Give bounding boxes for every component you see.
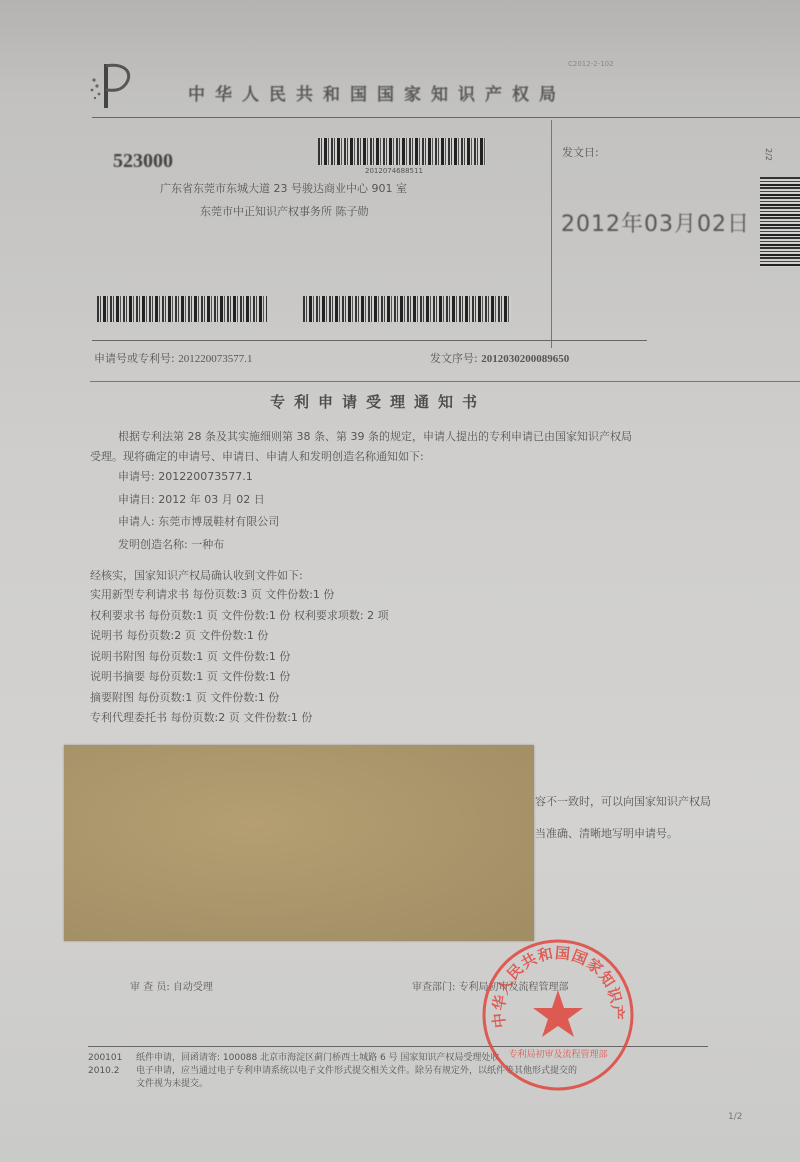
partial-note-2: 当准确、清晰地写明申请号。 — [535, 825, 678, 841]
side-page-label: 2/2 — [764, 148, 773, 161]
document-title: 专利申请受理通知书 — [270, 391, 486, 412]
file-item: 实用新型专利请求书 每份页数:3 页 文件份数:1 份 — [90, 585, 389, 606]
file-item: 权利要求书 每份页数:1 页 文件份数:1 份 权利要求项数: 2 项 — [90, 606, 389, 627]
field-applicant: 申请人: 东莞市博晟鞋材有限公司 — [118, 511, 279, 534]
barcode-left — [97, 296, 267, 322]
address-line-1: 广东省东莞市东城大道 23 号骏达商业中心 901 室 — [160, 180, 407, 196]
app-no-value: 201220073577.1 — [178, 353, 252, 365]
file-item: 说明书 每份页数:2 页 文件份数:1 份 — [90, 626, 389, 647]
intro-line-2: 受理。现将确定的申请号、申请日、申请人和发明创造名称通知如下: — [90, 448, 424, 464]
received-files-list: 实用新型专利请求书 每份页数:3 页 文件份数:1 份 权利要求书 每份页数:1… — [90, 585, 389, 729]
examiner: 审 查 员: 自动受理 — [130, 978, 213, 993]
file-item: 说明书附图 每份页数:1 页 文件份数:1 份 — [90, 647, 389, 668]
app-no-label: 申请号或专利号: — [94, 352, 175, 365]
field-app-date: 申请日: 2012 年 03 月 02 日 — [118, 489, 279, 512]
file-item: 专利代理委托书 每份页数:2 页 文件份数:1 份 — [90, 708, 389, 729]
address-barcode — [318, 138, 486, 165]
seal-bottom-text: 专利局初审及流程管理部 — [508, 1048, 607, 1060]
partial-note-1: 容不一致时，可以向国家知识产权局 — [535, 793, 711, 809]
intro-line-1: 根据专利法第 28 条及其实施细则第 38 条、第 39 条的规定，申请人提出的… — [118, 428, 632, 444]
page-number: 1/2 — [728, 1112, 742, 1122]
header-divider — [92, 117, 800, 118]
serial-value: 2012030200089650 — [481, 353, 569, 365]
barcode-number: 2012074688511 — [365, 167, 423, 175]
department-label: 审查部门: — [412, 982, 455, 993]
file-item: 说明书摘要 每份页数:1 页 文件份数:1 份 — [90, 667, 389, 688]
barcode-right — [303, 296, 511, 322]
application-fields: 申请号: 201220073577.1 申请日: 2012 年 03 月 02 … — [118, 466, 279, 556]
issue-date-value: 2012年03月02日 — [561, 207, 750, 238]
reference-divider — [92, 340, 647, 341]
cnipa-logo-icon — [88, 60, 138, 112]
organization-name: 中华人民共和国国家知识产权局 — [188, 80, 566, 105]
column-divider — [551, 120, 552, 348]
form-code: C2012-2-102 — [568, 60, 614, 68]
reference-serial: 发文序号: 2012030200089650 — [430, 350, 569, 366]
official-seal-icon: 中华人民共和国国家知识产权局 专利局初审及流程管理部 — [478, 935, 638, 1095]
examiner-label: 审 查 员: — [130, 982, 170, 993]
examiner-value: 自动受理 — [173, 982, 213, 993]
files-intro: 经核实，国家知识产权局确认收到文件如下: — [90, 567, 303, 583]
field-invention-title: 发明创造名称: 一种布 — [118, 534, 279, 557]
reference-app-no: 申请号或专利号: 201220073577.1 — [94, 350, 252, 366]
postal-code: 523000 — [113, 150, 173, 173]
title-divider — [90, 381, 800, 382]
file-item: 摘要附图 每份页数:1 页 文件份数:1 份 — [90, 688, 389, 709]
redaction-patch — [64, 745, 534, 941]
field-app-no: 申请号: 201220073577.1 — [118, 466, 279, 489]
side-barcode — [760, 177, 800, 267]
issue-date-label: 发文日: — [562, 144, 599, 160]
serial-label: 发文序号: — [430, 352, 478, 365]
address-line-2: 东莞市中正知识产权事务所 陈子勋 — [200, 203, 369, 219]
footer-codes: 200101 2010.2 — [88, 1052, 122, 1078]
